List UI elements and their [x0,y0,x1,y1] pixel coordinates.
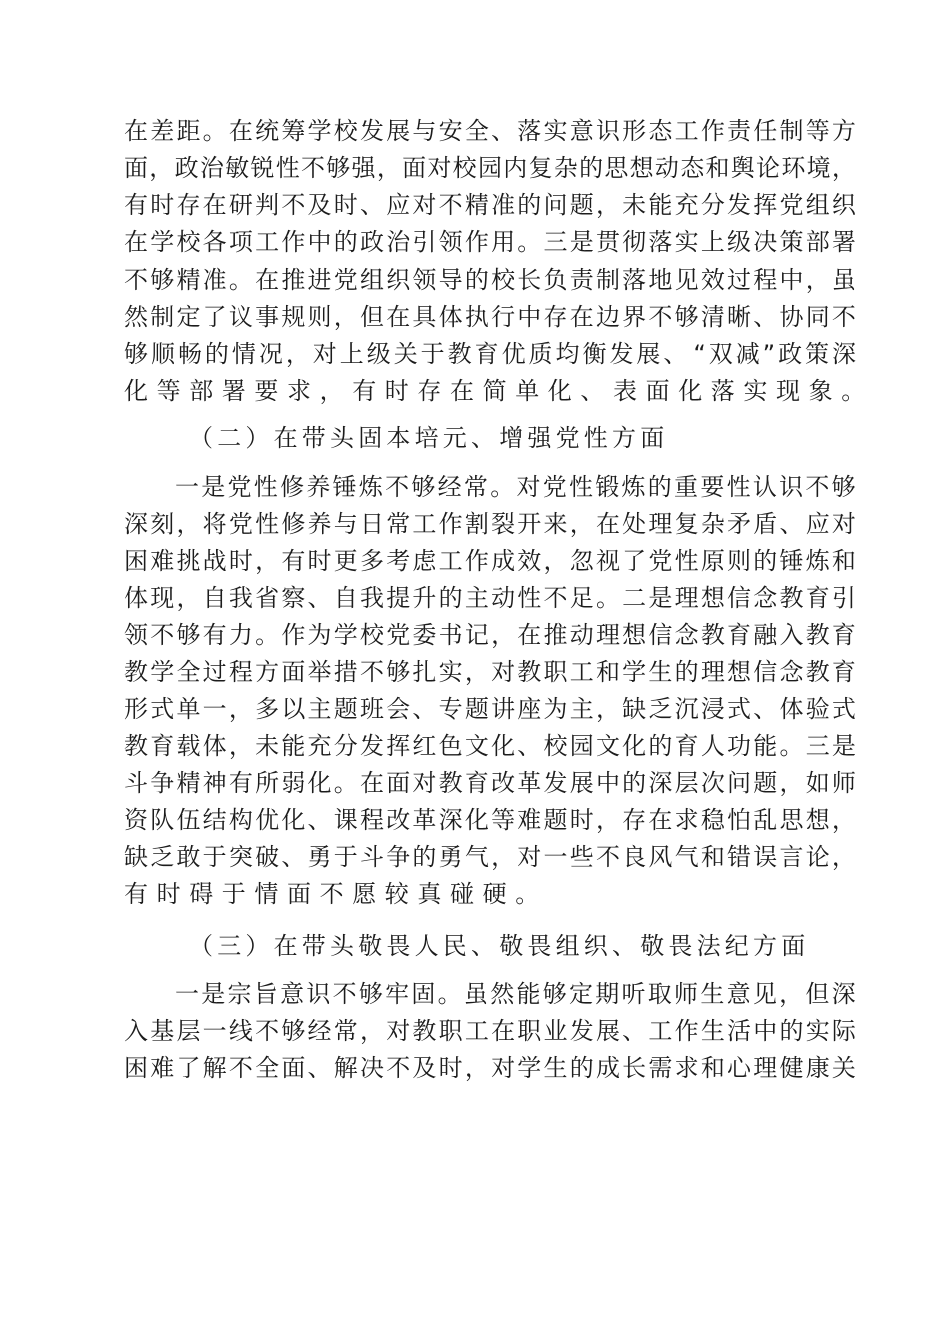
section-heading: （三）在带头敬畏人民、敬畏组织、敬畏法纪方面 [189,929,809,963]
paragraph-line: 资队伍结构优化、课程改革深化等难题时，存在求稳怕乱思想， [124,803,856,837]
section-heading: （二）在带头固本培元、增强党性方面 [189,421,668,455]
paragraph-line: 教学全过程方面举措不够扎实，对教职工和学生的理想信念教育 [124,655,856,689]
paragraph-line: 困难挑战时，有时更多考虑工作成效，忽视了党性原则的锤炼和 [124,544,856,578]
paragraph-line: 有时存在研判不及时、应对不精准的问题，未能充分发挥党组织 [124,188,856,222]
paragraph-line: 入基层一线不够经常，对教职工在职业发展、工作生活中的实际 [124,1014,856,1048]
paragraph-line: 面，政治敏锐性不够强，面对校园内复杂的思想动态和舆论环境， [124,151,856,185]
paragraph-line: 有时碍于情面不愿较真碰硬。 [124,877,856,911]
paragraph-line: 一是党性修养锤炼不够经常。对党性锻炼的重要性认识不够 [175,470,856,504]
paragraph-line: 体现，自我省察、自我提升的主动性不足。二是理想信念教育引 [124,581,856,615]
paragraph-line: 形式单一，多以主题班会、专题讲座为主，缺乏沉浸式、体验式 [124,692,856,726]
paragraph-line: 一是宗旨意识不够牢固。虽然能够定期听取师生意见，但深 [175,977,856,1011]
paragraph-line: 够顺畅的情况，对上级关于教育优质均衡发展、 “双减”政策深 [124,337,856,371]
paragraph-line: 缺乏敢于突破、勇于斗争的勇气，对一些不良风气和错误言论， [124,840,856,874]
paragraph-line: 困难了解不全面、解决不及时，对学生的成长需求和心理健康关 [124,1051,856,1085]
paragraph-line: 教育载体，未能充分发挥红色文化、校园文化的育人功能。三是 [124,729,856,763]
paragraph-line: 深刻，将党性修养与日常工作割裂开来，在处理复杂矛盾、应对 [124,507,856,541]
paragraph-line: 斗争精神有所弱化。在面对教育改革发展中的深层次问题，如师 [124,766,856,800]
paragraph-line: 在差距。在统筹学校发展与安全、落实意识形态工作责任制等方 [124,114,856,148]
paragraph-line: 化等部署要求，有时存在简单化、表面化落实现象。 [124,374,856,408]
document-page: 在差距。在统筹学校发展与安全、落实意识形态工作责任制等方 面，政治敏锐性不够强，… [0,0,950,1343]
paragraph-line: 不够精准。在推进党组织领导的校长负责制落地见效过程中，虽 [124,263,856,297]
paragraph-line: 然制定了议事规则，但在具体执行中存在边界不够清晰、协同不 [124,300,856,334]
paragraph-line: 领不够有力。作为学校党委书记，在推动理想信念教育融入教育 [124,618,856,652]
paragraph-line: 在学校各项工作中的政治引领作用。三是贯彻落实上级决策部署 [124,225,856,259]
